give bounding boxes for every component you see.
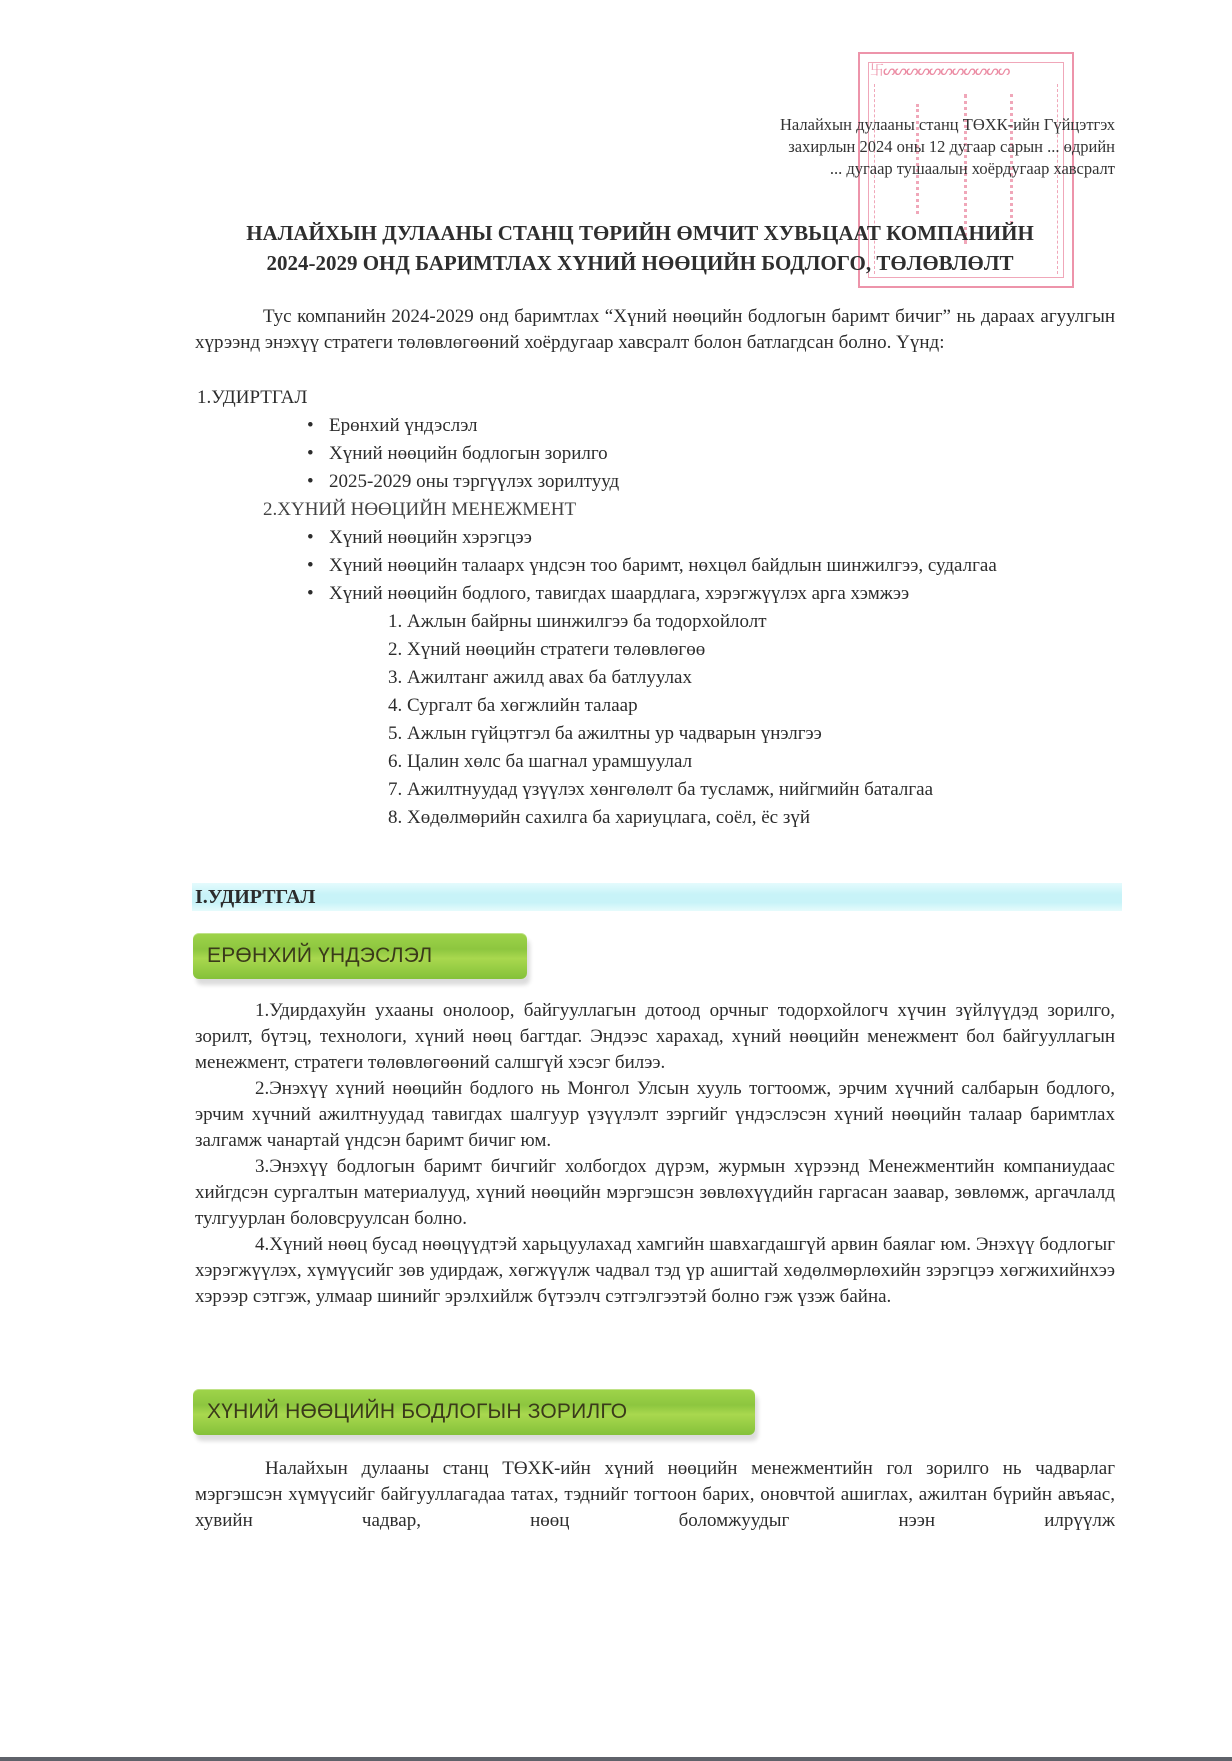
body-paragraph: 2.Энэхүү хүний нөөцийн бодлого нь Монгол…: [195, 1076, 1115, 1154]
section-heading: I.УДИРТГАЛ: [195, 884, 315, 910]
toc-bullet-item: •Хүний нөөцийн талаарх үндсэн тоо баримт…: [303, 552, 1115, 580]
body-paragraph: 1.Удирдахуйн ухааны онолоор, байгууллагы…: [195, 998, 1115, 1076]
body-paragraph: 4.Хүний нөөц бусад нөөцүүдтэй харьцуулах…: [195, 1232, 1115, 1310]
subsection-body: Налайхын дулааны станц ТӨХК-ийн хүний нө…: [195, 1456, 1115, 1534]
toc-bullet-text: Хүний нөөцийн бодлогын зорилго: [329, 443, 608, 464]
toc-bullet-item: •Ерөнхий үндэслэл: [303, 412, 1115, 440]
toc-numbered-list: 1. Ажлын байрны шинжилгээ ба тодорхойлол…: [195, 608, 1115, 832]
toc-bullet-text: Хүний нөөцийн талаарх үндсэн тоо баримт,…: [329, 555, 997, 576]
toc-bullet-item: •2025-2029 оны тэргүүлэх зорилтууд: [303, 468, 1115, 496]
toc-numbered-item: 3. Ажилтанг ажилд авах ба батлуулах: [388, 664, 1115, 692]
stamp-ornament-pattern: 卐ᔕᔕᔕᔕᔕᔕᔕᔕᔕᔕᔕ: [870, 60, 1009, 80]
toc-bullet-text: 2025-2029 оны тэргүүлэх зорилтууд: [329, 471, 619, 492]
toc-bullet-item: •Хүний нөөцийн бодлого, тавигдах шаардла…: [303, 580, 1115, 608]
appendix-note-line: Налайхын дулааны станц ТӨХК-ийн Гүйцэтгэ…: [780, 114, 1115, 136]
appendix-note: Налайхын дулааны станц ТӨХК-ийн Гүйцэтгэ…: [780, 114, 1115, 180]
toc-section-heading: 2.ХҮНИЙ НӨӨЦИЙН МЕНЕЖМЕНТ: [195, 496, 1115, 524]
toc-section-heading: 1.УДИРТГАЛ: [195, 384, 1115, 412]
document-title: НАЛАЙХЫН ДУЛААНЫ СТАНЦ ТӨРИЙН ӨМЧИТ ХУВЬ…: [180, 218, 1100, 278]
appendix-note-line: ... дугаар тушаалын хоёрдугаар хавсралт: [780, 158, 1115, 180]
toc-numbered-item: 5. Ажлын гүйцэтгэл ба ажилтны ур чадвары…: [388, 720, 1115, 748]
document-title-line: 2024-2029 ОНД БАРИМТЛАХ ХҮНИЙ НӨӨЦИЙН БО…: [180, 248, 1100, 278]
body-paragraph: 3.Энэхүү бодлогын баримт бичгийг холбогд…: [195, 1154, 1115, 1232]
bullet-icon: •: [307, 524, 314, 552]
toc-bullet-text: Ерөнхий үндэслэл: [329, 415, 478, 436]
intro-paragraph-block: Тус компанийн 2024-2029 онд баримтлах “Х…: [195, 304, 1115, 356]
document-page: 卐ᔕᔕᔕᔕᔕᔕᔕᔕᔕᔕᔕ Налайхын дулааны станц ТӨХК…: [0, 0, 1232, 1761]
body-paragraph: Налайхын дулааны станц ТӨХК-ийн хүний нө…: [195, 1456, 1115, 1534]
bullet-icon: •: [307, 440, 314, 468]
toc-numbered-item: 1. Ажлын байрны шинжилгээ ба тодорхойлол…: [388, 608, 1115, 636]
toc-bullet-item: •Хүний нөөцийн хэрэгцээ: [303, 524, 1115, 552]
document-title-line: НАЛАЙХЫН ДУЛААНЫ СТАНЦ ТӨРИЙН ӨМЧИТ ХУВЬ…: [180, 218, 1100, 248]
bullet-icon: •: [307, 580, 314, 608]
bullet-icon: •: [307, 552, 314, 580]
toc-bullet-text: Хүний нөөцийн хэрэгцээ: [329, 527, 532, 548]
appendix-note-line: захирлын 2024 оны 12 дугаар сарын ... өд…: [780, 136, 1115, 158]
table-of-contents: 1.УДИРТГАЛ •Ерөнхий үндэслэл •Хүний нөөц…: [195, 384, 1115, 832]
toc-numbered-item: 8. Хөдөлмөрийн сахилга ба хариуцлага, со…: [388, 804, 1115, 832]
section-heading-bar: [192, 883, 1122, 911]
toc-numbered-item: 6. Цалин хөлс ба шагнал урамшуулал: [388, 748, 1115, 776]
bullet-icon: •: [307, 412, 314, 440]
subsection-badge: ХҮНИЙ НӨӨЦИЙН БОДЛОГЫН ЗОРИЛГО: [193, 1389, 755, 1435]
toc-numbered-item: 2. Хүний нөөцийн стратеги төлөвлөгөө: [388, 636, 1115, 664]
subsection-body: 1.Удирдахуйн ухааны онолоор, байгууллагы…: [195, 998, 1115, 1310]
toc-section2-bullets: •Хүний нөөцийн хэрэгцээ •Хүний нөөцийн т…: [195, 524, 1115, 608]
toc-bullet-item: •Хүний нөөцийн бодлогын зорилго: [303, 440, 1115, 468]
toc-numbered-item: 4. Сургалт ба хөгжлийн талаар: [388, 692, 1115, 720]
page-bottom-edge: [0, 1757, 1232, 1761]
bullet-icon: •: [307, 468, 314, 496]
toc-bullet-text: Хүний нөөцийн бодлого, тавигдах шаардлаг…: [329, 583, 909, 604]
toc-numbered-item: 7. Ажилтнуудад үзүүлэх хөнгөлөлт ба тусл…: [388, 776, 1115, 804]
intro-paragraph: Тус компанийн 2024-2029 онд баримтлах “Х…: [195, 304, 1115, 356]
subsection-badge: ЕРӨНХИЙ ҮНДЭСЛЭЛ: [193, 933, 527, 979]
toc-section1-bullets: •Ерөнхий үндэслэл •Хүний нөөцийн бодлогы…: [195, 412, 1115, 496]
